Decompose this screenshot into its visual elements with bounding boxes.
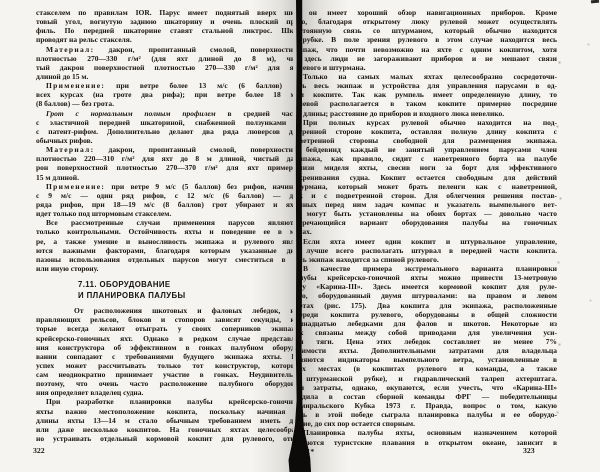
text-line: В бейдевинд каждый не занятый управление… bbox=[300, 145, 557, 154]
paragraph: Все рассмотренные случаи применения пару… bbox=[36, 218, 293, 273]
text-line: с эластичной передней шкаториной, снабже… bbox=[36, 118, 293, 127]
letterspaced-lead: Материал: bbox=[46, 45, 94, 54]
text-line: торые всегда желают отыграть у своих соп… bbox=[36, 324, 293, 333]
italic-lead: Грот с нормальным полным профилем bbox=[46, 109, 216, 118]
text-line: трех местах (в кокпитах рулевого и коман… bbox=[300, 364, 557, 373]
text-line: ра могут быть установлены на обоих борта… bbox=[300, 209, 557, 218]
text-line: да он имеет хороший обзор навигационных … bbox=[300, 8, 557, 17]
text-line: крейсерско-гоночных яхт. Однако в редком… bbox=[36, 334, 293, 343]
text-line: постоянную связь со штурманом, который о… bbox=[300, 26, 557, 35]
text-line: с 9 м/с — один ряд рифов, с 12 м/с (6 ба… bbox=[36, 191, 293, 200]
text-line: филь. По передней шкаторине ставят сталь… bbox=[36, 26, 293, 35]
text-line: только контрольными. Остойчивость яхты и… bbox=[36, 227, 293, 236]
text-line: с патент-рифом. Дополнительно делают два… bbox=[36, 127, 293, 136]
text-line: При разработке планировки палубы крейсер… bbox=[36, 397, 293, 406]
right-page-text: да он имеет хороший обзор навигационных … bbox=[300, 8, 557, 447]
text-line: рон поверхностной плотностью 270—370 г/м… bbox=[36, 163, 293, 172]
text-line: Адмиральского Кубка 1973 г. Правда, вопр… bbox=[300, 401, 557, 410]
text-line: ленных перед ним задач компас и указател… bbox=[300, 200, 557, 209]
text-line: идет только под штормовым стакселем. bbox=[36, 209, 293, 218]
paragraph: Применение: при ветре 9 м/с (5 баллов) б… bbox=[36, 182, 293, 219]
text-line: обычных рифов. bbox=[36, 136, 293, 145]
scan-artifact-corner bbox=[591, 0, 599, 3]
text-line: экипаж, что почти невозможно на яхте с о… bbox=[300, 45, 557, 54]
text-line: штурмана, который может брать пеленги ка… bbox=[300, 182, 557, 191]
text-line: товый угол, вогнутую заднюю шкаторину и … bbox=[36, 17, 293, 26]
text-line: являются индикаторы вымпельного ветра, у… bbox=[300, 355, 557, 364]
text-line: тый дакрон поверхностной плотностью 270—… bbox=[36, 63, 293, 72]
letterspaced-lead: Применение: bbox=[46, 81, 105, 90]
text-line: яхты важно местоположение кокпита, поско… bbox=[36, 407, 293, 416]
section-heading: 7.11. ОБОРУДОВАНИЕИ ПЛАНИРОВКА ПАЛУБЫ bbox=[78, 280, 293, 301]
text-line: них связаны между собой приводами для ув… bbox=[300, 328, 557, 337]
text-line: правляющих рельсов, блоков и стопоров за… bbox=[36, 315, 293, 324]
paragraph: Материал: дакрон, пропитанный смолой, по… bbox=[36, 45, 293, 82]
text-line: Материал: дакрон, пропитанный смолой, по… bbox=[36, 45, 293, 54]
text-line: Только на самых малых яхтах целесообразн… bbox=[300, 72, 557, 81]
text-line: длиной до 15 м. bbox=[36, 72, 293, 81]
text-line: При полных курсах рулевой обычно находит… bbox=[300, 118, 557, 127]
text-line: вать весь экипаж и устройства для управл… bbox=[300, 81, 557, 90]
text-line: то лучше всего располагать штурвал в пер… bbox=[300, 246, 557, 255]
text-line: В качестве примера экстремального вариан… bbox=[300, 264, 557, 273]
paragraph: При полных курсах рулевой обычно находит… bbox=[300, 118, 557, 237]
text-line: Грот с нормальным полным профилем в сред… bbox=[36, 109, 293, 118]
paragraph: Материал: дакрон, пропитанный смолой, по… bbox=[36, 145, 293, 182]
text-line: плотностью 270—330 г/м² (для яхт длиной … bbox=[36, 54, 293, 63]
paragraph: От расположения шкотовых и фаловых лебед… bbox=[36, 306, 293, 397]
text-line: наветренной стороны свободной для размещ… bbox=[300, 136, 557, 145]
text-line: впереди кокпита рулевого, оборудованы в … bbox=[300, 310, 557, 319]
text-line: стоимости яхты. Дополнительными затратам… bbox=[300, 346, 557, 355]
text-line: его длины; расстояние до приборов и вход… bbox=[300, 109, 557, 118]
text-line: или иную сторону. bbox=[36, 264, 293, 273]
letterspaced-lead: Применение: bbox=[46, 182, 105, 191]
right-page: да он имеет хороший обзор навигационных … bbox=[300, 8, 558, 466]
left-page-text: стакселем по правилам IOR. Парус имеет п… bbox=[36, 8, 293, 443]
text-line: (8 баллов) — без грота. bbox=[36, 99, 293, 108]
text-line: ном кокпите. Так как румпель имеет опред… bbox=[300, 90, 557, 99]
paragraph: В качестве примера экстремального вариан… bbox=[300, 264, 557, 429]
book-spread: стакселем по правилам IOR. Парус имеет п… bbox=[0, 0, 600, 472]
paragraph: Применение: при ветре более 13 м/с (6 ба… bbox=[36, 81, 293, 108]
text-line: тринадцатью лебедками для фалов и шкотов… bbox=[300, 319, 557, 328]
text-line: или даже несколько кокпитов. На гоночных… bbox=[36, 425, 293, 434]
text-line: рулевого и штурмана. bbox=[300, 63, 557, 72]
text-line: всех курсах (на гроте два рифа); при вет… bbox=[36, 90, 293, 99]
text-line: Эти затраты, однако, окупаются, если уче… bbox=[300, 383, 557, 392]
text-line: ветренной стороне кокпита, оставляя полн… bbox=[300, 127, 557, 136]
text-line: От расположения шкотовых и фаловых лебед… bbox=[36, 306, 293, 315]
text-line: длины яхты 13—14 м стало обычным требова… bbox=[36, 416, 293, 425]
text-line: ния определяет владелец судна. bbox=[36, 388, 293, 397]
text-line: ряда рифов, при 18—19 м/с (8 баллов) гро… bbox=[36, 200, 293, 209]
text-line: Материал: дакрон, пропитанный смолой, по… bbox=[36, 145, 293, 154]
text-line: вание, до сих пор остается спорным. bbox=[300, 419, 557, 428]
paragraph: стакселем по правилам IOR. Парус имеет п… bbox=[36, 8, 293, 45]
text-line: являются туристские плавания в открытом … bbox=[300, 438, 557, 447]
heading-line: И ПЛАНИРОВКА ПАЛУБЫ bbox=[78, 291, 293, 302]
text-line: в штурманской рубке), и гидравлический т… bbox=[300, 374, 557, 383]
left-page: стакселем по правилам IOR. Парус имеет п… bbox=[36, 8, 293, 466]
text-line: Планировка палубы яхты, основным назначе… bbox=[300, 428, 557, 437]
text-line: рулевой располагается в таком кокпите пр… bbox=[300, 99, 557, 108]
paragraph: Только на самых малых яхтах целесообразн… bbox=[300, 72, 557, 118]
paragraph: Планировка палубы яхты, основным назначе… bbox=[300, 428, 557, 446]
text-line: экипажа, как правило, сидит с наветренно… bbox=[300, 154, 557, 163]
text-line: поэтому, что очень часто расположение па… bbox=[36, 379, 293, 388]
paragraph: Грот с нормальным полным профилем в сред… bbox=[36, 109, 293, 146]
text-line: вании совпадают с требованиями будущего … bbox=[36, 352, 293, 361]
text-line: ре, а также умение и выносливость экипаж… bbox=[36, 237, 293, 246]
text-line: вого, оборудованный двумя штурвалами: на… bbox=[300, 291, 557, 300]
text-line: 15 м длиной. bbox=[36, 173, 293, 182]
heading-line: 7.11. ОБОРУДОВАНИЕ bbox=[78, 280, 293, 291]
text-line: роль в этой победе сыграла планировка па… bbox=[300, 410, 557, 419]
text-line: бортах (рис. 175). Два кокпита для экипа… bbox=[300, 301, 557, 310]
text-line: входила в состав сборной команды ФРГ — п… bbox=[300, 392, 557, 401]
text-line: того, благодаря открытому люку рулевой м… bbox=[300, 17, 557, 26]
paragraph: При разработке планировки палубы крейсер… bbox=[36, 397, 293, 443]
text-line: откренивания судна. Кокпит остается своб… bbox=[300, 173, 557, 182]
text-line: Применение: при ветре более 13 м/с (6 ба… bbox=[36, 81, 293, 90]
text-line: яхту «Карина-III». Здесь имеется кормово… bbox=[300, 282, 557, 291]
text-line: палубы крейсерско-гоночной яхты можно пр… bbox=[300, 273, 557, 282]
text-line: лия тяги. Цена этих лебедок составляет н… bbox=[300, 337, 557, 346]
text-line: Применение: при ветре 9 м/с (5 баллов) б… bbox=[36, 182, 293, 191]
paragraph: да он имеет хороший обзор навигационных … bbox=[300, 8, 557, 72]
page-number-left: 322 bbox=[33, 446, 45, 455]
text-line: стакселем по правилам IOR. Парус имеет п… bbox=[36, 8, 293, 17]
text-line: Все рассмотренные случаи применения пару… bbox=[36, 218, 293, 227]
text-line: и здесь люди не загораживают приборов и … bbox=[300, 54, 557, 63]
text-line: встречающийся вариант оборудования палуб… bbox=[300, 218, 557, 227]
signature-mark: 11* bbox=[303, 447, 314, 456]
text-line: яхтах. bbox=[300, 227, 557, 236]
text-line: но устраивать отдельный кормовой кокпит … bbox=[36, 434, 293, 443]
text-line: Весь экипаж находится за спиной рулевого… bbox=[300, 255, 557, 264]
text-line: сам неоднократно принимает участие в гон… bbox=[36, 370, 293, 379]
text-line: ния конструктора об эффективном в гонках… bbox=[36, 343, 293, 352]
text-line: плотностью 220—310 г/м² для яхт до 8 м д… bbox=[36, 154, 293, 163]
text-line: пазоны использования отдельных парусов м… bbox=[36, 255, 293, 264]
text-line: успех может рассчитывать только тот конс… bbox=[36, 361, 293, 370]
text-line: вблизи миделя яхты, свесив ноги за борт … bbox=[300, 163, 557, 172]
scan-specks bbox=[0, 0, 1, 1]
text-line: проводят на рельс стакселя. bbox=[36, 35, 293, 44]
text-line: Если яхта имеет один кокпит и штурвально… bbox=[300, 237, 557, 246]
text-line: ются важными факторами, благодаря которы… bbox=[36, 246, 293, 255]
text-line: в рубке. В поле зрения рулевого в этом с… bbox=[300, 35, 557, 44]
paragraph: Если яхта имеет один кокпит и штурвально… bbox=[300, 237, 557, 264]
letterspaced-lead: Материал: bbox=[46, 145, 94, 154]
page-number-right: 323 bbox=[523, 446, 535, 455]
text-line: так и с подветренной сторон. Для облегче… bbox=[300, 191, 557, 200]
